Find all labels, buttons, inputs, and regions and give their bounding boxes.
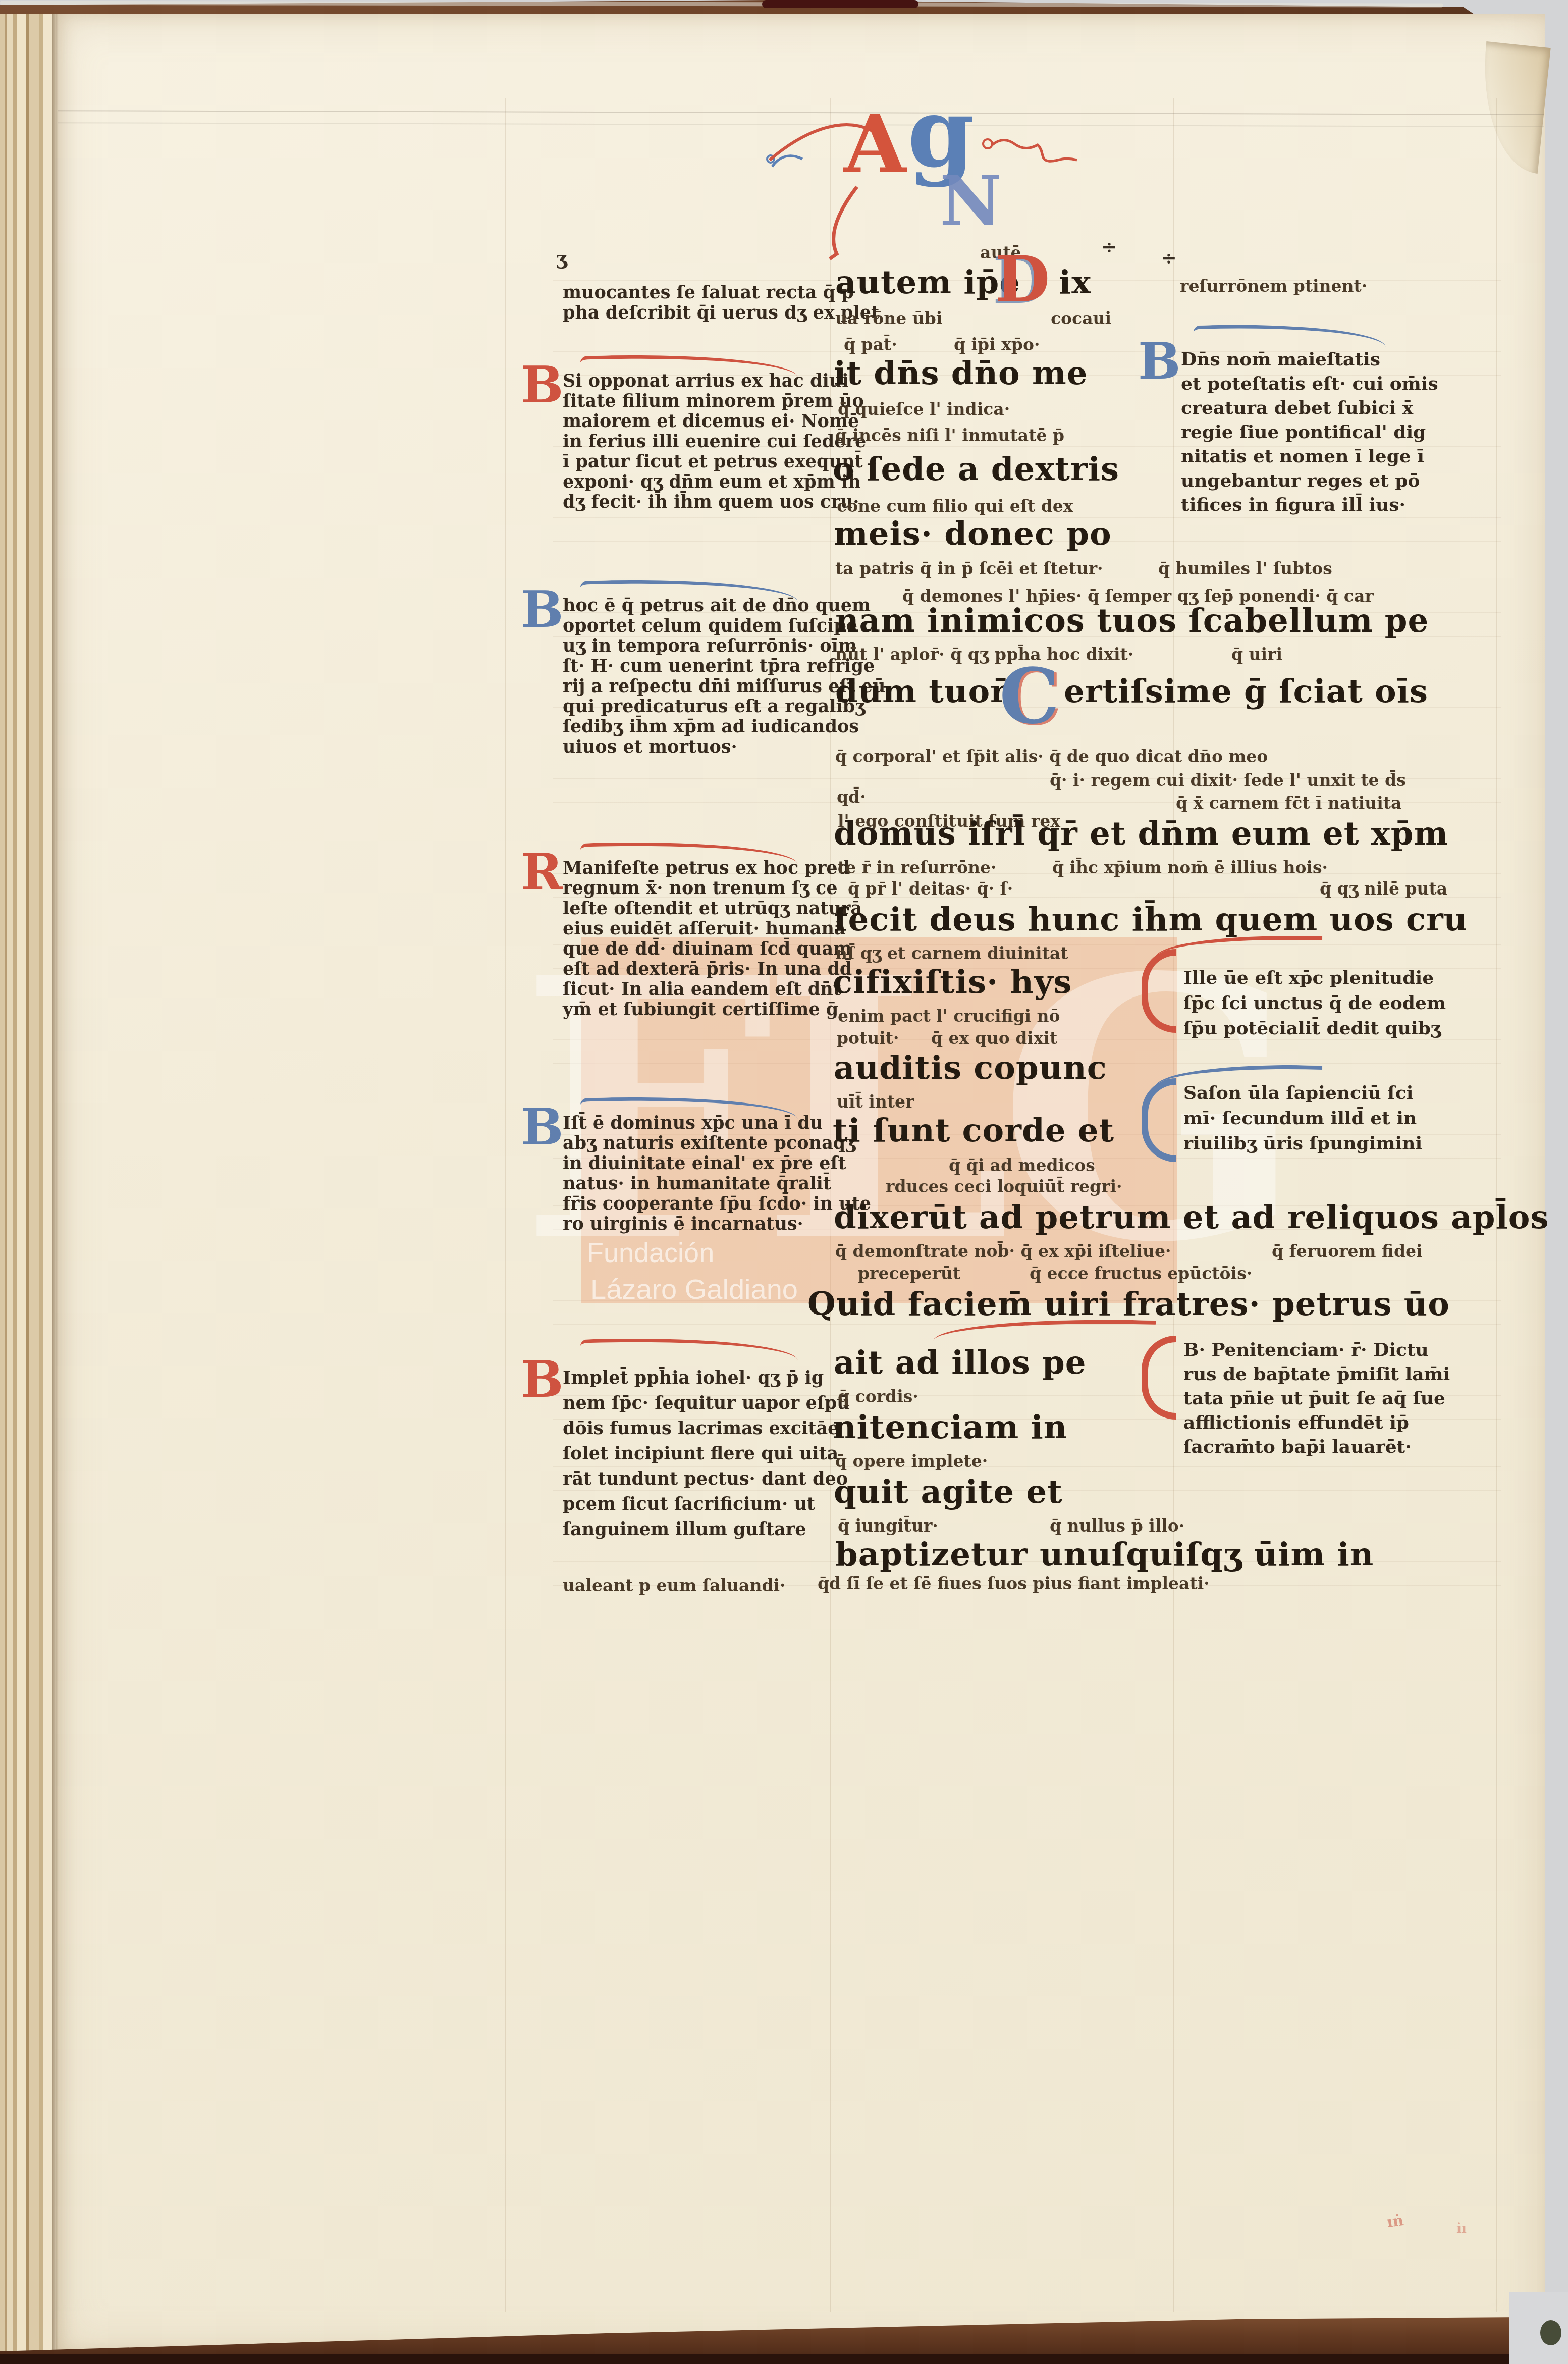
text-line: nitatis et nomen ī lege ī	[1181, 444, 1438, 468]
gloss-line: q̄ opere implete·	[835, 1452, 988, 1471]
lemma-line: autem ip̄e	[835, 262, 1020, 303]
gloss-line: q̄ corporal' et ſp̄it alis· q̄ de quo di…	[835, 747, 1268, 766]
lemma-line: o ſede a dextris	[833, 449, 1119, 490]
lemma-line: nitenciam in	[833, 1407, 1067, 1448]
text-line: nem ſp̄c· ſequitur uapor eſpū	[563, 1391, 850, 1416]
gloss-line: q̄ q̄i ad medicos	[949, 1156, 1095, 1175]
gloss-line: qd̄·	[837, 787, 866, 807]
margin-mark-red: ıṅ	[1386, 2213, 1404, 2230]
left-paragraph-0: muocantes ſe ſaluat recta q̄ ppha deſcri…	[563, 283, 879, 323]
text-line: eſt ad dexterā p̄ris· In una dd̄	[563, 959, 862, 979]
text-line: Implet̄ pph̄ia iohel· qʒ p̄ ig	[563, 1365, 850, 1391]
gloss-line: q̄ x̄ carnem fc̄t ī natiuita	[1176, 794, 1401, 813]
text-line: rāt tundunt pectus· dant deo	[563, 1466, 850, 1492]
text-line: tifices in figura ill̄ ius·	[1181, 493, 1438, 517]
text-line: ym̄ et ſubiungit certiſſime ḡ	[563, 1000, 862, 1020]
text-line: leſte oſtendit et utrūqʒ naturā	[563, 899, 862, 919]
clasp-remnant	[1540, 2320, 1561, 2345]
text-line: in ferius illi euenire cui ſedere	[563, 432, 866, 452]
initial-letter: B	[521, 359, 564, 410]
initial-letter: R	[521, 847, 563, 897]
text-line: afflictionis effundēt ip̄	[1183, 1410, 1450, 1435]
text-line: Saſon ūla ſapienciū ſci	[1183, 1080, 1422, 1106]
gloss-line: ta patris q̄ in p̄ ſcēi et ſtetur·	[835, 559, 1103, 579]
text-line: rus de bap̄tate p̄miſit lam̄i	[1183, 1362, 1450, 1386]
gloss-line: q̄ nullus p̄ illo·	[1050, 1516, 1184, 1536]
text-line: exponi· qʒ dn̄m eum et xp̄m ih̄	[563, 472, 866, 492]
right-paragraph-2: Saſon ūla ſapienciū ſcimī· ſecundum illd…	[1183, 1080, 1422, 1156]
right-top-line: reſurrōnem ptinent·	[1180, 277, 1367, 296]
bottom-line-right: q̄d ſī ſe et ſē fiues ſuos pius fiant im…	[818, 1574, 1210, 1593]
initial-letter: B	[521, 584, 564, 635]
text-line: in diuinitate einal' ex p̄re eſt	[563, 1153, 871, 1174]
text-line: regie ſiue pontifical' dig	[1181, 420, 1438, 444]
lemma-line: it dn̄s dn̄o me	[834, 353, 1088, 394]
gloss-line: q̄ humiles l' ſubtos	[1158, 559, 1332, 579]
watermark-text-line1: Fundación	[587, 1238, 714, 1268]
text-line: ſanguinem illum guſtare	[563, 1517, 850, 1542]
text-line: Si opponat arrius ex hac diui	[563, 371, 866, 391]
gloss-line: rduces ceci loquiūt̄ regri·	[886, 1177, 1122, 1196]
gloss-line: preceperūt	[858, 1264, 960, 1283]
text-line: eius euidēt aſſeruit· humanā	[563, 919, 862, 939]
lemma-line: meis· donec po	[834, 514, 1112, 554]
gloss-line: q̄ ecce fructus epūctōis·	[1030, 1264, 1252, 1283]
gloss-line: q̄· i· regem cui dixit· ſede l' unxit te…	[1050, 771, 1406, 790]
text-line: riuilibʒ ūris ſpungimini	[1183, 1131, 1422, 1156]
gloss-line: potuit·	[837, 1029, 899, 1048]
text-line: ro uirginis ē incarnatus·	[563, 1214, 871, 1234]
initial-letter: B	[521, 1101, 564, 1152]
text-line: que de dd̄· diuinam ſcd̄ quam	[563, 939, 862, 959]
gloss-line: q̄ pr̄ l' deitas· q̄· ſ·	[848, 879, 1013, 899]
right-column-siglum: ÷	[1161, 248, 1177, 268]
right-paragraph-3: B· Penitenciam· r̄· Dicturus de bap̄tate…	[1183, 1338, 1450, 1459]
gloss-line: ua rōne ūbi	[835, 309, 942, 328]
lemma-line: ait ad illos pe	[834, 1343, 1087, 1383]
text-line: natus· in humanitate q̄ralit̄	[563, 1174, 871, 1194]
header-ornament-n: N	[940, 167, 1002, 235]
gloss-line: te r̄ in reſurrōne·	[838, 858, 996, 877]
text-line: Dn̄s nom̄ maieſtatis	[1181, 347, 1438, 372]
left-column-siglum: ʒ	[556, 248, 567, 268]
gloss-line: q̄ cordis·	[838, 1387, 918, 1406]
gloss-line: nſ̄ qʒ et carnem diuinitat	[835, 944, 1068, 963]
ruling-vertical-1	[505, 98, 506, 2312]
text-line: ſitate filium minorem p̄rem ūo	[563, 391, 866, 411]
text-line: Manifeſte petrus ex hoc pred	[563, 858, 862, 878]
left-paragraph-1: Si opponat arrius ex hac diuiſitate fili…	[563, 371, 866, 512]
left-paragraph-4: Iſt̄ ē dominus xp̄c una ī duabʒ naturis …	[563, 1113, 871, 1234]
text-line: tata pn̄ie ut p̄uit ſe aq̄ ſue	[1183, 1386, 1450, 1410]
gloss-line: q̄ demonſtrate nob̄· q̄ ex xp̄i iſteliue…	[835, 1242, 1171, 1261]
text-line: pcem ſicut ſacrificium· ut	[563, 1492, 850, 1517]
gloss-line: nūt l' aplor̄· q̄ qʒ pph̄a hoc dixit·	[835, 645, 1133, 664]
right-paragraph-0: Dn̄s nom̄ maieſtatiset poteſtatis eſt· c…	[1181, 347, 1438, 517]
text-line: dōis fumus lacrimas excitāe	[563, 1416, 850, 1441]
board-dark-stain	[762, 0, 918, 8]
text-line: ſacram̄to bap̄i lauarēt·	[1183, 1435, 1450, 1459]
text-line: B· Penitenciam· r̄· Dictu	[1183, 1338, 1450, 1362]
text-line: regnum x̄· non trenum ſʒ ce	[563, 878, 862, 899]
gloss-line: q̄ pat̄·	[844, 335, 897, 354]
gloss-line: enim pact l' crucifigi nō	[838, 1007, 1060, 1026]
bottom-line-left: ualeant p eum ſaluandi·	[563, 1576, 786, 1595]
gutter-shadow	[52, 14, 59, 2353]
gloss-line: q̄ qʒ nilē puta	[1320, 879, 1447, 899]
decorated-initial-c: C	[999, 659, 1059, 734]
text-line: Ille ūe eſt xp̄c plenitudie	[1183, 965, 1446, 990]
lemma-line: ertiſsime ḡ ſciat oīs	[1064, 671, 1428, 712]
text-line: dʒ fecit· ih̄ ih̄m quem uos cru·	[563, 492, 866, 512]
text-line: Iſt̄ ē dominus xp̄c una ī du	[563, 1113, 871, 1133]
lemma-line: domus iſrl̄ qr̄ et dn̄m eum et xp̄m	[834, 814, 1448, 854]
manuscript-photo: FLG Fundación Lázaro Galdiano A g N autē…	[0, 0, 1568, 2364]
gloss-line: q̄ iungit̄ur·	[838, 1516, 938, 1536]
gloss-line: q̄ ih̄c xp̄ium nom̄ ē illius hois·	[1052, 858, 1328, 877]
gloss-line: q̄ ex quo dixit	[931, 1029, 1057, 1048]
text-line: ſolet incipiunt flere qui uita	[563, 1441, 850, 1466]
lemma-line: dum tuor̄	[835, 671, 1008, 712]
gloss-line: cone cum filio qui eſt dex	[837, 497, 1073, 516]
text-line: muocantes ſe ſaluat recta q̄ p	[563, 283, 879, 303]
header-siglum-mid: ÷	[1101, 237, 1117, 256]
text-line: ī patur ſicut et petrus exequnt̄	[563, 452, 866, 472]
text-line: ſp̄c ſci unctus q̄ de eodem	[1183, 990, 1446, 1016]
header-letter-a: A	[844, 103, 906, 184]
text-line: fr̄is cooperante ſp̄u ſcd̄o· in ute	[563, 1194, 871, 1214]
initial-letter: B	[521, 1354, 564, 1404]
initial-letter: B	[1138, 336, 1181, 386]
text-line: ſp̄u potēcialit̄ dedit quibʒ	[1183, 1016, 1446, 1041]
text-line: abʒ naturis exiſtente pconaqʒ	[563, 1133, 871, 1153]
text-line: ungebantur reges et pō	[1181, 468, 1438, 493]
decorated-initial-d: D	[995, 248, 1050, 311]
gloss-line: q̄ quieſce l' indica·	[838, 400, 1010, 419]
text-line: ſedibʒ ih̄m xp̄m ad iudicandos	[563, 717, 886, 737]
lemma-line: auditis copunc	[834, 1048, 1107, 1088]
lemma-line: baptizetur unuſquiſqʒ ūim in	[835, 1535, 1374, 1575]
binding-gutter-pages	[0, 14, 56, 2353]
board-bottom-edge	[0, 2354, 1522, 2364]
right-paragraph-1: Ille ūe eſt xp̄c plenitudieſp̄c ſci unct…	[1183, 965, 1446, 1041]
text-line: maiorem et dicemus ei· Nomē	[563, 411, 866, 432]
lemma-line: cifixiſtis· hys	[833, 962, 1072, 1003]
margin-mark-red: ı̇ı	[1456, 2221, 1467, 2236]
lemma-line: nam inimicos tuos ſcabellum pe	[835, 601, 1429, 641]
lemma-line: ti ſunt corde et	[833, 1111, 1114, 1151]
lemma-line: ix	[1059, 262, 1091, 303]
gloss-line: q̄ incēs niſi l' inmutatē p̄	[835, 426, 1064, 445]
text-line: pha deſcribit q̄i uerus dʒ ex plet	[563, 303, 879, 323]
gloss-line: q̄ feruorem fidei	[1272, 1242, 1423, 1261]
text-line: mī· ſecundum illd̄ et in	[1183, 1106, 1422, 1131]
watermark-text-line2: Lázaro Galdiano	[590, 1274, 798, 1304]
text-line: et poteſtatis eſt· cui om̄is	[1181, 372, 1438, 396]
gloss-line: uīt̄ inter	[837, 1092, 914, 1112]
gloss-line: q̄ ip̄i xp̄o·	[954, 335, 1040, 354]
lemma-line: fecit deus hunc ih̄m quem uos cru	[834, 900, 1468, 940]
lemma-line: Quid faciem̄ uiri fratres· petrus ūo	[807, 1284, 1450, 1325]
left-paragraph-5: Implet̄ pph̄ia iohel· qʒ p̄ ignem ſp̄c· …	[563, 1365, 850, 1542]
text-line: creatura debet ſubici x̄	[1181, 396, 1438, 420]
left-paragraph-3: Manifeſte petrus ex hoc predregnum x̄· n…	[563, 858, 862, 1020]
lemma-line: dixerūt ad petrum et ad reliquos apl̄os	[834, 1197, 1549, 1238]
gloss-line: q̄ uiri	[1231, 645, 1282, 664]
lemma-line: quit agite et	[834, 1472, 1063, 1512]
gloss-line: cocaui	[1051, 309, 1111, 328]
text-line: ſicut· In alia eandem eſt dn̄t	[563, 979, 862, 1000]
